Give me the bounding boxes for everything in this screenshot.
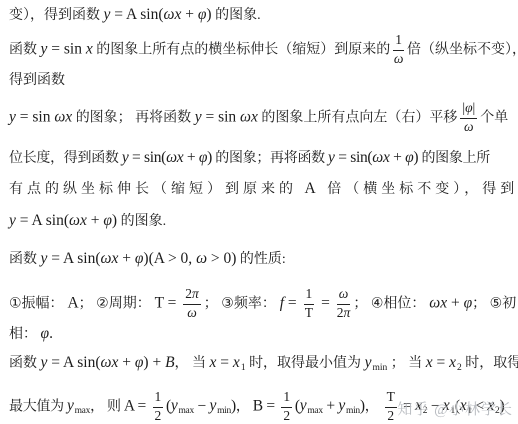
math-run: > 0) [207, 250, 236, 267]
math-run: ωx [101, 250, 119, 267]
math-run: ωx [240, 108, 258, 125]
math-run: ωx [54, 108, 72, 125]
text-run: 个单 [480, 110, 508, 125]
math-run: ymin [338, 397, 359, 414]
text-run: 的图象上所有点的横坐标伸长（缩短）到原来的 [93, 42, 391, 57]
math-run: = A sin( [47, 250, 100, 267]
text-run: 相： [9, 327, 41, 342]
text-run: 的图象； 再将函数 [72, 110, 195, 125]
text-run: 位长度，得到函数 [9, 151, 122, 166]
math-run: A = [124, 397, 150, 414]
math-run: = A sin( [47, 354, 100, 371]
text-run: 函数 [9, 252, 41, 267]
text-run: 倍（横坐标不变），得到函数 [320, 182, 518, 197]
math-run: y [9, 212, 16, 229]
doc-line-9: ①振幅： A； ②周期： T = 2πω； ③频率： f = 1T = ω2π；… [9, 287, 516, 321]
text-run: ； ③频率： [204, 296, 276, 311]
watermark: 知乎 @小林学长 [397, 398, 513, 419]
text-run: ， [236, 399, 253, 414]
math-run: = sin( [335, 149, 373, 166]
math-run: = sin [47, 40, 85, 57]
math-run: φ [41, 325, 50, 342]
text-run: 函数 [9, 42, 41, 57]
subscript: max [178, 406, 193, 416]
text-run: 有点的纵坐标伸长（缩短）到原来的 [9, 182, 305, 197]
math-run: ωx [372, 149, 389, 166]
math-run: ymax [171, 397, 194, 414]
math-run: y [328, 149, 335, 166]
math-run: A [64, 294, 79, 311]
subscript: max [75, 406, 90, 416]
math-run: ωx [69, 212, 87, 229]
math-run: T = [151, 294, 181, 311]
subscript: min [346, 406, 360, 416]
math-run: = sin [202, 108, 240, 125]
subscript: min [372, 363, 387, 373]
math-run: ωx [101, 354, 119, 371]
text-run: ， 则 [90, 399, 124, 414]
text-run: ； ④相位： [353, 296, 425, 311]
fraction: 1ω [393, 33, 404, 67]
subscript: min [217, 406, 231, 416]
text-run: ； ⑤初 [472, 296, 516, 311]
math-run: . [49, 325, 53, 342]
math-run: ωx [164, 6, 182, 23]
math-run: B [165, 354, 174, 371]
math-run: = [317, 294, 334, 311]
math-run: x1 [233, 354, 246, 371]
fraction: 12 [281, 390, 291, 424]
math-run: y [195, 108, 202, 125]
document-page: 变），得到函数 y = A sin(ωx + φ) 的图象. 函数 y = si… [0, 0, 518, 424]
text-run: ； 当 [387, 356, 426, 371]
math-run: ymax [67, 397, 90, 414]
doc-line-11: 函数 y = A sin(ωx + φ) + B， 当 x = x1 时，取得最… [9, 352, 518, 379]
math-run: + [181, 6, 198, 23]
math-run: ωx [166, 149, 183, 166]
math-run: y [9, 108, 16, 125]
text-run: 的图象；再将函数 [212, 151, 328, 166]
math-run: ymax [300, 397, 323, 414]
math-run: = A sin( [16, 212, 69, 229]
text-run: 的图象. [212, 8, 261, 23]
math-run: f [276, 294, 284, 311]
text-run: ， [365, 399, 382, 414]
text-run: 时，取得 [462, 356, 518, 371]
math-run: x [86, 40, 93, 57]
text-run: 的图象. [117, 214, 166, 229]
text-run: ； ②周期： [79, 296, 151, 311]
math-run: ω [196, 250, 207, 267]
fraction: ω2π [337, 287, 351, 321]
math-run: = [284, 294, 301, 311]
subscript: max [307, 406, 322, 416]
doc-line-1: 变），得到函数 y = A sin(ωx + φ) 的图象. [9, 4, 261, 27]
math-run: + [323, 397, 339, 414]
text-run: 的性质: [236, 252, 285, 267]
text-run: 时，取得最小值为 [246, 356, 365, 371]
math-run: = A sin( [110, 6, 163, 23]
doc-line-6: 有点的纵坐标伸长（缩短）到原来的 A 倍（横坐标不变），得到函数 [9, 178, 518, 201]
math-run: B = [253, 397, 279, 414]
math-run: − [194, 397, 210, 414]
fraction: 2πω [183, 287, 201, 321]
fraction: T2 [385, 390, 397, 424]
math-run: ) + [143, 354, 165, 371]
math-run: x [426, 354, 433, 371]
text-run: 得到函数 [9, 73, 65, 88]
doc-line-4: y = sin ωx 的图象； 再将函数 y = sin ωx 的图象上所有点向… [9, 101, 508, 135]
text-run: 变），得到函数 [9, 8, 104, 23]
fraction: |φ|ω [460, 101, 477, 135]
math-run: = [433, 354, 450, 371]
text-run: 最大值为 [9, 399, 67, 414]
math-run: )(A > 0, [143, 250, 196, 267]
math-run: ωx [425, 294, 447, 311]
doc-line-3: 得到函数 [9, 70, 65, 92]
math-run: + [183, 149, 199, 166]
text-run: 的图象上所有点向左（右）平移 [258, 110, 458, 125]
fraction: 12 [153, 390, 163, 424]
math-run: A [305, 180, 320, 197]
math-run: φ [103, 212, 112, 229]
math-run: ymin [210, 397, 231, 414]
math-run: + [118, 354, 135, 371]
math-run: + [390, 149, 406, 166]
doc-line-2: 函数 y = sin x 的图象上所有点的横坐标伸长（缩短）到原来的1ω倍（纵坐… [9, 33, 518, 67]
math-run: = sin [16, 108, 54, 125]
math-run: = [216, 354, 233, 371]
math-run: + [447, 294, 464, 311]
text-run: ， 当 [175, 356, 210, 371]
fraction: 1T [304, 287, 315, 321]
math-run: x2 [449, 354, 462, 371]
math-run: ymin [365, 354, 388, 371]
doc-line-5: 位长度，得到函数 y = sin(ωx + φ) 的图象；再将函数 y = si… [9, 147, 490, 170]
math-run: = sin( [128, 149, 166, 166]
text-run: 的图象上所 [418, 151, 490, 166]
doc-line-10: 相： φ. [9, 323, 53, 346]
text-run: ①振幅： [9, 296, 64, 311]
doc-line-7: y = A sin(ωx + φ) 的图象. [9, 210, 166, 233]
math-run: + [118, 250, 135, 267]
math-run: + [87, 212, 104, 229]
text-run: 倍（纵坐标不变）， [407, 42, 518, 57]
math-run: φ [199, 149, 207, 166]
math-run: φ [464, 294, 473, 311]
math-run: ( [295, 397, 300, 414]
doc-line-8: 函数 y = A sin(ωx + φ)(A > 0, ω > 0) 的性质: [9, 248, 286, 271]
text-run: 函数 [9, 356, 41, 371]
